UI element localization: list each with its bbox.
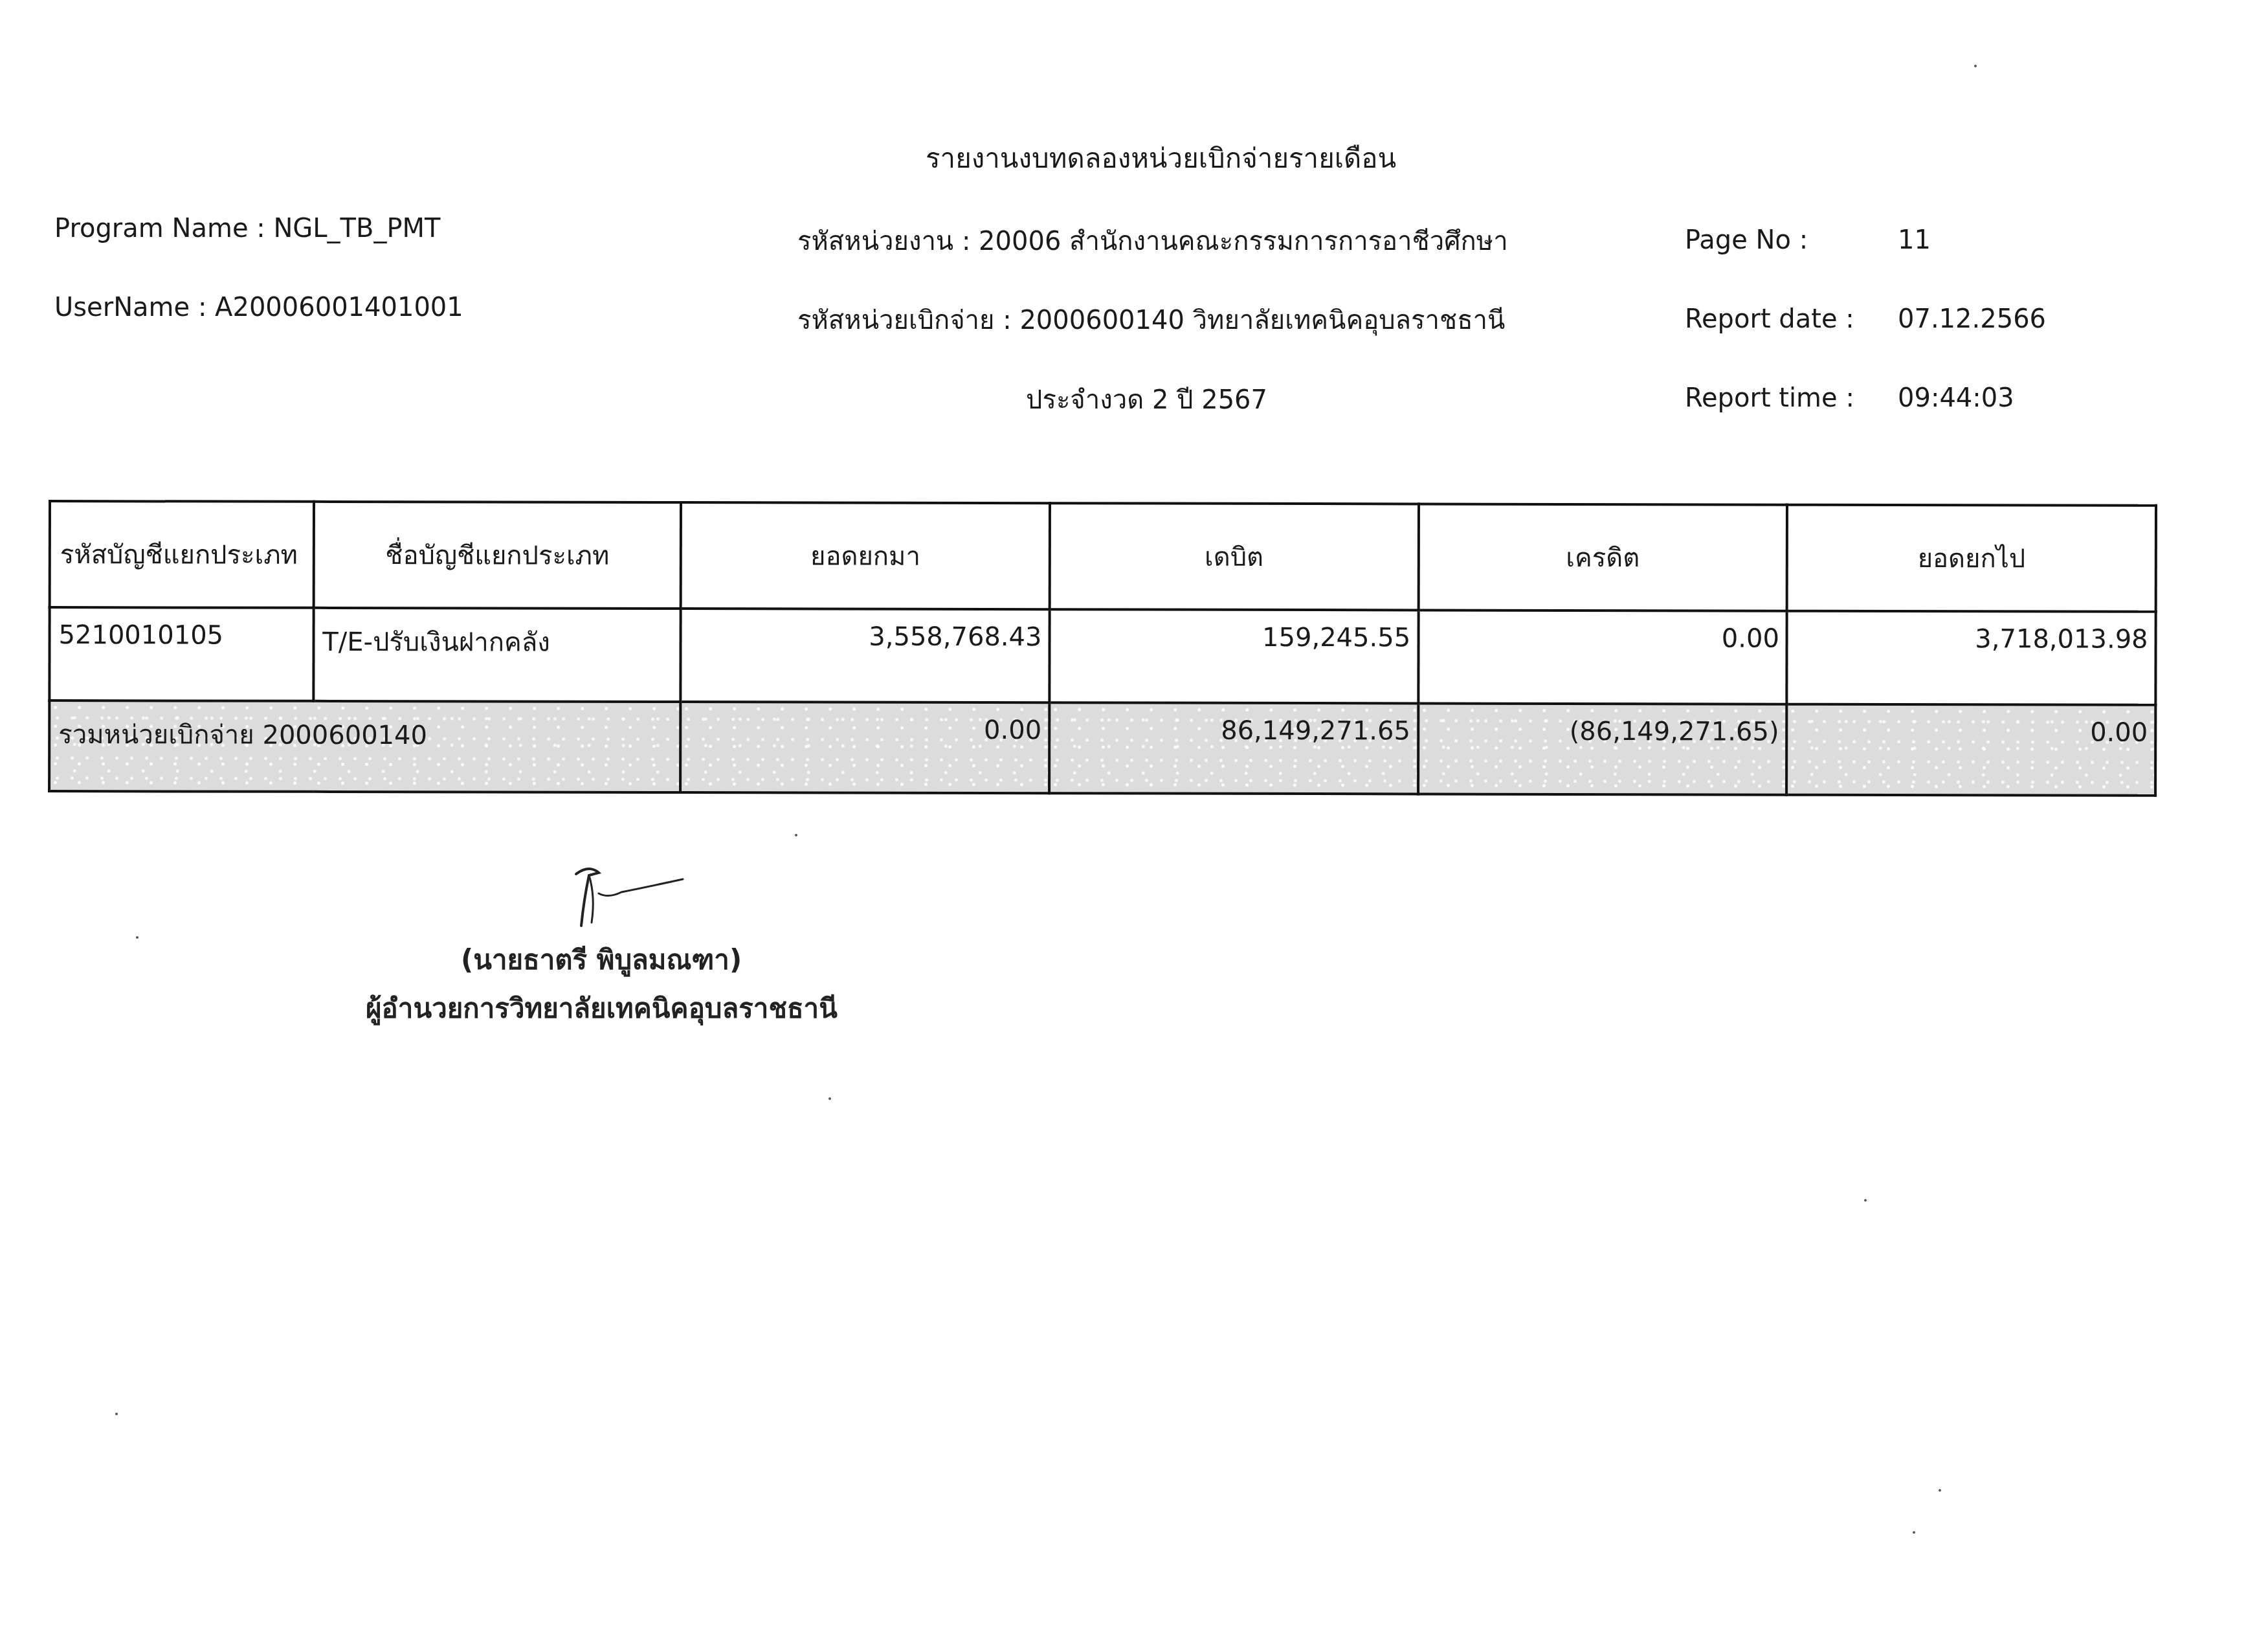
header-brought-forward: ยอดยกมา [681,502,1050,609]
total-credit: (86,149,271.65) [1418,703,1787,794]
cell-brought-forward: 3,558,768.43 [681,609,1050,702]
header-credit: เครดิต [1418,504,1787,611]
scan-speck [1974,65,1977,67]
report-date-label: Report date : [1685,304,1854,334]
cell-carried-forward: 3,718,013.98 [1787,611,2156,705]
cell-account-name: T/E-ปรับเงินฝากคลัง [313,608,681,702]
scan-speck [795,834,797,836]
signatory-position: ผู้อำนวยการวิทยาลัยเทคนิคอุบลราชธานี [366,987,838,1030]
scan-speck [1913,1531,1915,1534]
user-name: UserName : A20006001401001 [54,293,463,322]
program-name: Program Name : NGL_TB_PMT [54,214,441,243]
scan-speck [136,936,139,939]
scan-speck [1939,1489,1941,1492]
total-label: รวมหน่วยเบิกจ่าย 2000600140 [49,700,681,792]
header-debit: เดบิต [1050,503,1419,610]
cell-debit: 159,245.55 [1049,609,1418,703]
table-row: 5210010105 T/E-ปรับเงินฝากคลัง 3,558,768… [49,607,2155,705]
scan-speck [828,1097,831,1100]
total-debit: 86,149,271.65 [1049,702,1418,794]
header-account-name: ชื่อบัญชีแยกประเภท [313,502,681,609]
report-title: รายงานงบทดลองหน่วยเบิกจ่ายรายเดือน [926,137,1396,180]
page-no-value: 11 [1898,225,1931,255]
scan-speck [1864,1199,1867,1202]
table-header-row: รหัสบัญชีแยกประเภท ชื่อบัญชีแยกประเภท ยอ… [50,501,2156,612]
cell-account-code: 5210010105 [49,607,313,701]
trial-balance-table: รหัสบัญชีแยกประเภท ชื่อบัญชีแยกประเภท ยอ… [48,500,2157,797]
signature-mark [570,861,686,932]
header-account-code: รหัสบัญชีแยกประเภท [50,501,314,608]
report-period: ประจำงวด 2 ปี 2567 [1026,379,1267,420]
report-date-value: 07.12.2566 [1898,304,2046,334]
header-carried-forward: ยอดยกไป [1787,505,2156,612]
cell-credit: 0.00 [1418,610,1787,704]
scan-speck [115,1413,118,1415]
total-carried-forward: 0.00 [1786,704,2155,796]
total-row: รวมหน่วยเบิกจ่าย 2000600140 0.00 86,149,… [49,700,2155,796]
total-brought-forward: 0.00 [680,702,1049,793]
signatory-name: (นายธาตรี พิบูลมณฑา) [461,939,742,981]
page-no-label: Page No : [1685,225,1808,255]
report-time-value: 09:44:03 [1898,383,2014,413]
report-time-label: Report time : [1685,383,1854,413]
disbursement-unit: รหัสหน่วยเบิกจ่าย : 2000600140 วิทยาลัยเ… [797,299,1505,341]
agency-code: รหัสหน่วยงาน : 20006 สำนักงานคณะกรรมการก… [797,220,1508,262]
